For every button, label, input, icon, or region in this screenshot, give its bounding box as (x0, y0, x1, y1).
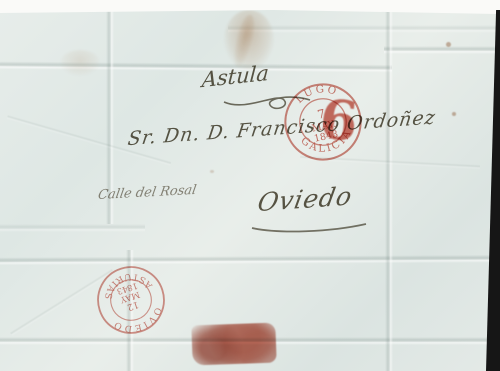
foxing-spot (210, 170, 214, 173)
fold-crease (385, 10, 393, 371)
letter-paper: LUGO GALICIA 7 MAY. 1843 6 OVIEDO ASTURI… (0, 10, 497, 371)
oviedo-datestamp: OVIEDO ASTURIAS 12 MAY 1843 (87, 256, 175, 344)
foxing-spot (452, 112, 456, 116)
fold-crease (384, 46, 497, 54)
stain (60, 50, 100, 76)
scanned-folded-letter: LUGO GALICIA 7 MAY. 1843 6 OVIEDO ASTURI… (0, 0, 500, 371)
fold-crease (0, 224, 145, 232)
underline-flourish-icon (250, 220, 368, 234)
destination-city: Oviedo (255, 181, 354, 217)
paraph-flourish-icon (222, 90, 312, 116)
red-wax-smudge (191, 323, 276, 366)
foxing-spot (446, 42, 451, 47)
fold-crease (0, 255, 497, 266)
fold-crease (0, 61, 392, 72)
